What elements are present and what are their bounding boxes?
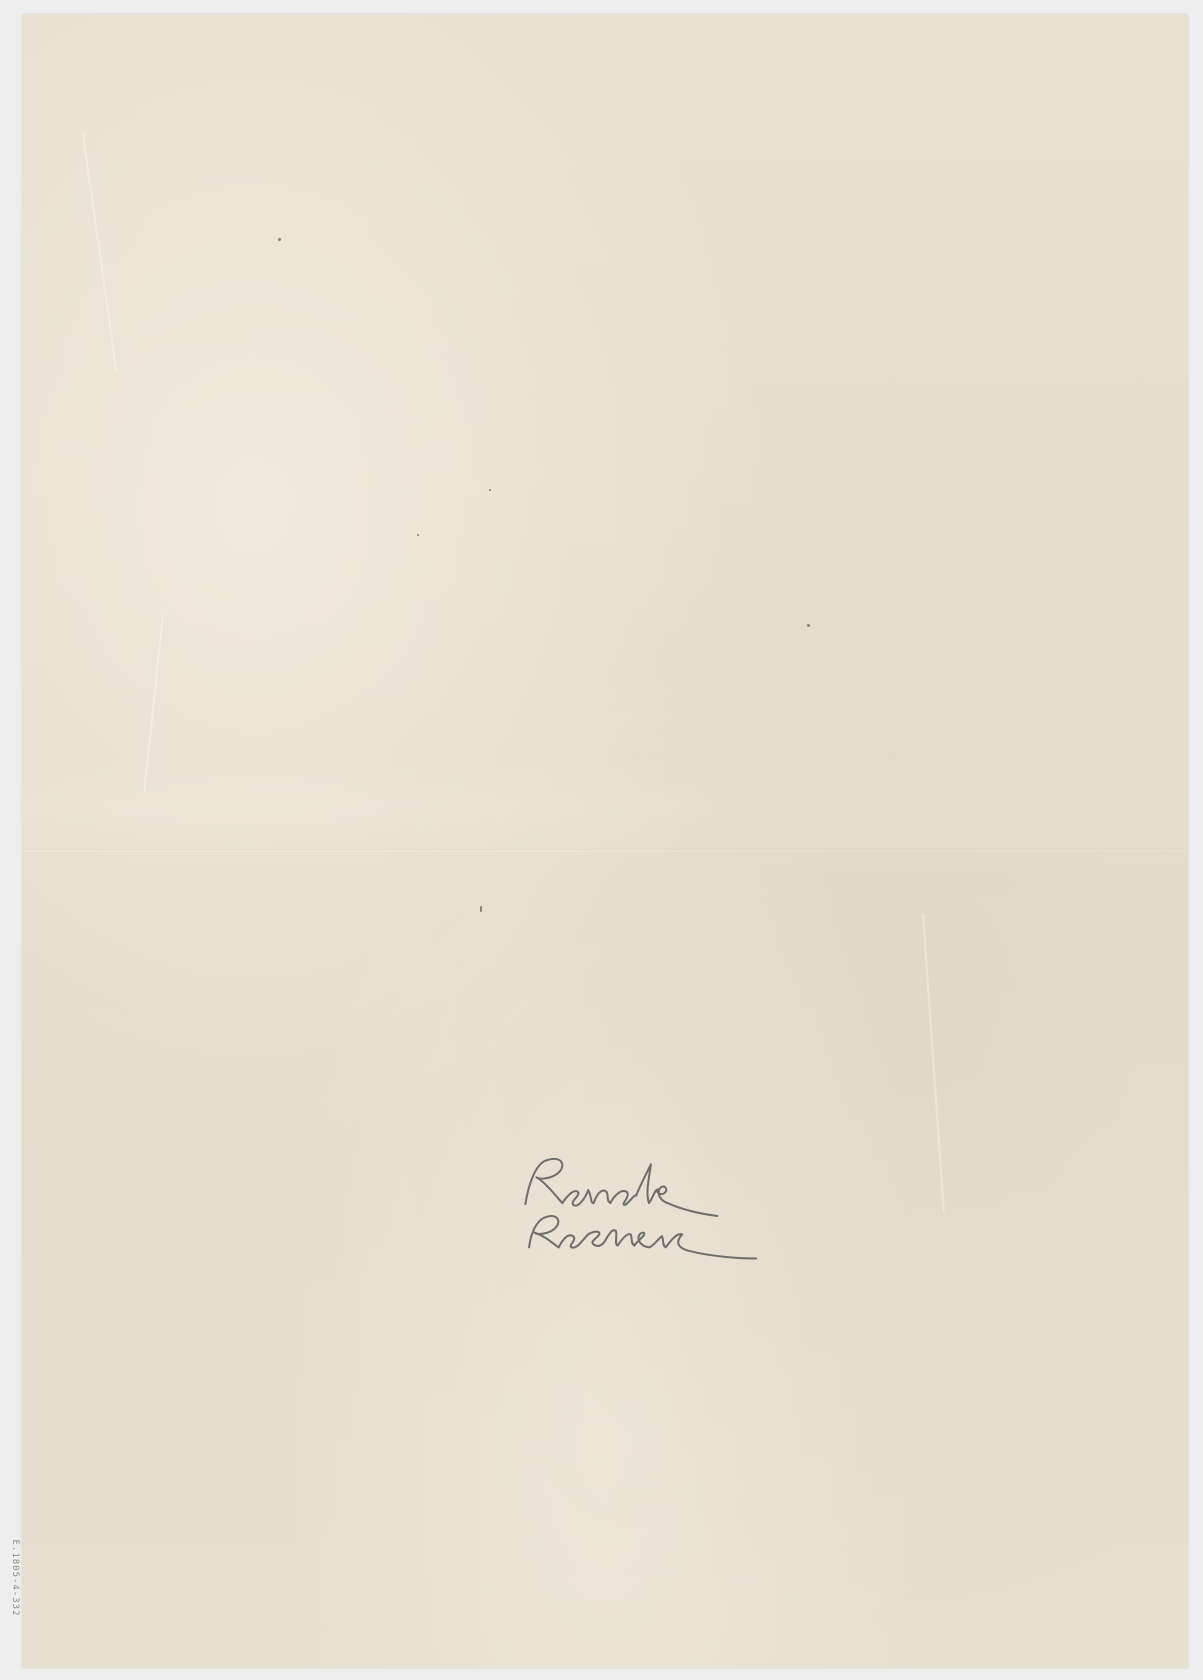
paper-speck [278,238,281,241]
paper-sheet: Renate Rasner [22,14,1188,1668]
paper-speck [417,534,419,536]
signature-strokes [498,1144,778,1264]
paper-speck [480,906,482,912]
paper-crease [82,134,117,372]
handwritten-signature: Renate Rasner [498,1144,778,1264]
paper-speck [807,624,810,627]
horizontal-fold-line [22,849,1188,851]
inventory-number: E.1805-4-332 [10,1533,20,1623]
paper-crease [143,614,164,793]
paper-speck [489,489,491,491]
paper-crease [922,914,945,1213]
